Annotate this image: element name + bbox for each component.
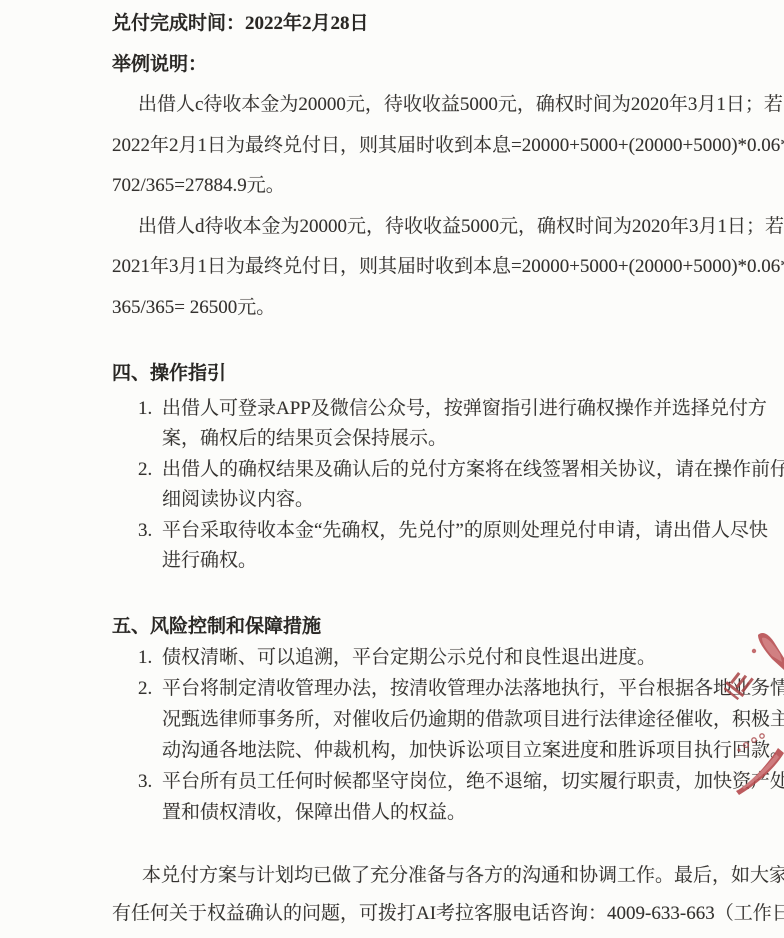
list-item-continuation: 动沟通各地法院、仲裁机构，加快诉讼项目立案进度和胜诉项目执行回款。 [112, 735, 724, 766]
list-item: 2. 出借人的确权结果及确认后的兑付方案将在线签署相关协议，请在操作前仔 [112, 455, 724, 486]
list-item-number: 3. [138, 766, 152, 797]
list-item-continuation: 细阅读协议内容。 [112, 485, 724, 516]
example-d-line: 出借人d待收本金为20000元，待收收益5000元，确权时间为2020年3月1日… [112, 207, 724, 248]
list-item-number: 2. [138, 673, 152, 704]
list-item-text: 平台所有员工任何时候都坚守岗位，绝不退缩，切实履行职责，加快资产处 [162, 771, 784, 792]
list-item-continuation: 案，确权后的结果页会保持展示。 [112, 424, 724, 455]
list-item-continuation: 况甄选律师事务所，对催收后仍逾期的借款项目进行法律途径催收，积极主 [112, 704, 724, 735]
list-item: 1. 债权清晰、可以追溯，平台定期公示兑付和良性退出进度。 [112, 642, 724, 673]
list-item: 3. 平台所有员工任何时候都坚守岗位，绝不退缩，切实履行职责，加快资产处 [112, 766, 724, 797]
operation-guide-section: 四、操作指引 1. 出借人可登录APP及微信公众号，按弹窗指引进行确权操作并选择… [112, 359, 724, 577]
completion-time-line: 兑付完成时间：2022年2月28日 [112, 4, 724, 45]
closing-paragraph: 本兑付方案与计划均已做了充分准备与各方的沟通和协调工作。最后，如大家 有任何关于… [112, 857, 724, 933]
example-c-line: 702/365=27884.9元。 [112, 166, 724, 207]
list-item-text: 出借人可登录APP及微信公众号，按弹窗指引进行确权操作并选择兑付方 [162, 398, 767, 419]
section5-heading: 五、风险控制和保障措施 [112, 611, 724, 642]
list-item-text: 出借人的确权结果及确认后的兑付方案将在线签署相关协议，请在操作前仔 [162, 459, 784, 480]
section4-heading: 四、操作指引 [112, 359, 724, 390]
example-d-line: 365/365= 26500元。 [112, 288, 724, 329]
closing-line: 本兑付方案与计划均已做了充分准备与各方的沟通和协调工作。最后，如大家 [112, 857, 724, 895]
risk-control-section: 五、风险控制和保障措施 1. 债权清晰、可以追溯，平台定期公示兑付和良性退出进度… [112, 611, 724, 828]
list-item-number: 1. [138, 642, 152, 673]
list-item: 3. 平台采取待收本金“先确权，先兑付”的原则处理兑付申请，请出借人尽快 [112, 516, 724, 547]
example-d-line: 2021年3月1日为最终兑付日，则其届时收到本息=20000+5000+(200… [112, 247, 724, 288]
list-item-text: 债权清晰、可以追溯，平台定期公示兑付和良性退出进度。 [162, 647, 656, 668]
example-c-line: 出借人c待收本金为20000元，待收收益5000元，确权时间为2020年3月1日… [112, 85, 724, 126]
closing-line: 有任何关于权益确认的问题，可拨打AI考拉客服电话咨询：4009-633-663（… [112, 895, 724, 933]
list-item-number: 2. [138, 455, 152, 486]
list-item-text: 平台采取待收本金“先确权，先兑付”的原则处理兑付申请，请出借人尽快 [162, 520, 768, 541]
list-item: 1. 出借人可登录APP及微信公众号，按弹窗指引进行确权操作并选择兑付方 [112, 394, 724, 425]
list-item-number: 3. [138, 516, 152, 547]
list-item-continuation: 置和债权清收，保障出借人的权益。 [112, 797, 724, 828]
list-item-text: 平台将制定清收管理办法，按清收管理办法落地执行，平台根据各地业务情 [162, 678, 784, 699]
example-section: 兑付完成时间：2022年2月28日 举例说明： 出借人c待收本金为20000元，… [112, 4, 724, 328]
example-heading: 举例说明： [112, 45, 724, 86]
list-item-number: 1. [138, 394, 152, 425]
scanned-document-page: 兑付完成时间：2022年2月28日 举例说明： 出借人c待收本金为20000元，… [0, 0, 784, 938]
list-item-continuation: 进行确权。 [112, 546, 724, 577]
example-c-line: 2022年2月1日为最终兑付日，则其届时收到本息=20000+5000+(200… [112, 126, 724, 167]
list-item: 2. 平台将制定清收管理办法，按清收管理办法落地执行，平台根据各地业务情 [112, 673, 724, 704]
